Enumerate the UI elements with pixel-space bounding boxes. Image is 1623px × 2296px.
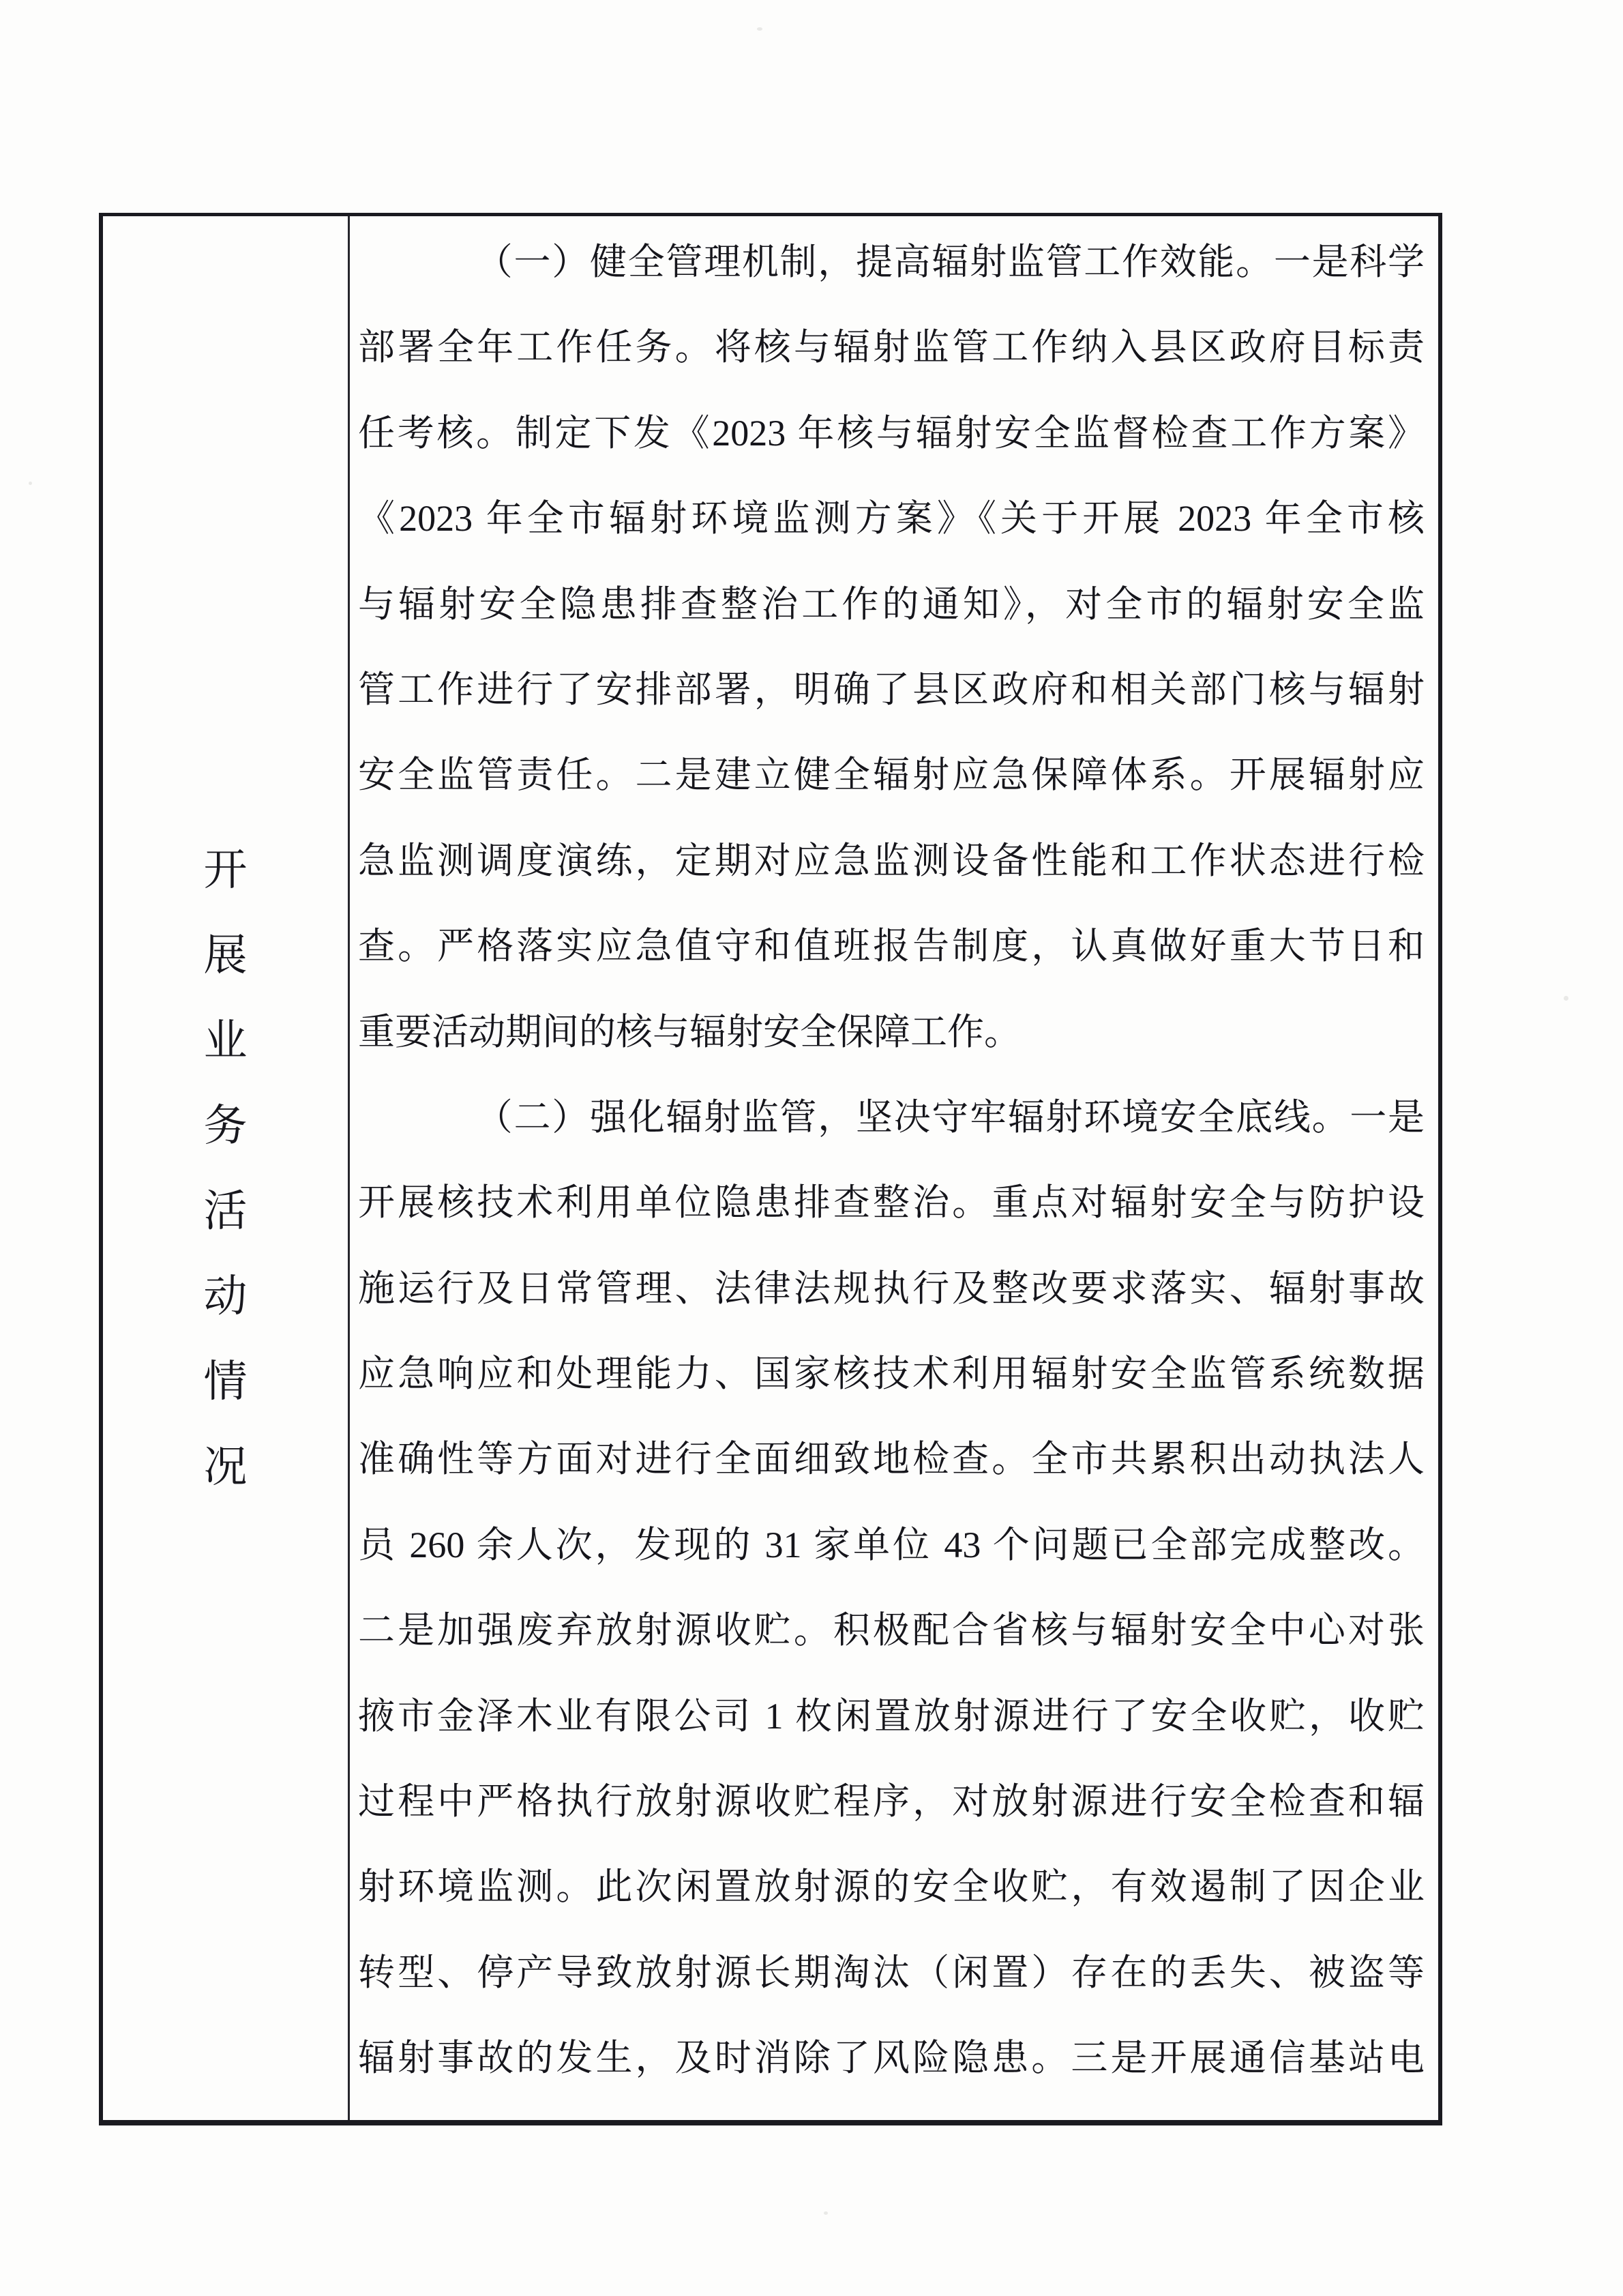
- text-line: 过程中严格执行放射源收贮程序，对放射源进行安全检查和辐: [358, 1759, 1425, 1844]
- text-line: 员 260 余人次，发现的 31 家单位 43 个问题已全部完成整改。: [358, 1503, 1425, 1588]
- row-label-char: 况: [204, 1424, 248, 1510]
- text-line: 施运行及日常管理、法律法规执行及整改要求落实、辐射事故: [358, 1246, 1425, 1331]
- text-line: 辐射事故的发生，及时消除了风险隐患。三是开展通信基站电: [358, 2016, 1425, 2101]
- row-label-char: 业: [204, 998, 248, 1083]
- text-line: 开展核技术利用单位隐患排查整治。重点对辐射安全与防护设: [358, 1160, 1425, 1246]
- row-label-char: 开: [204, 827, 248, 913]
- row-content-cell: （一）健全管理机制，提高辐射监管工作效能。一是科学部署全年工作任务。将核与辐射监…: [350, 216, 1438, 2120]
- row-label-char: 动: [204, 1254, 248, 1339]
- text-line: 准确性等方面对进行全面细致地检查。全市共累积出动执法人: [358, 1417, 1425, 1502]
- text-line: （一）健全管理机制，提高辐射监管工作效能。一是科学: [358, 220, 1425, 305]
- text-line: 掖市金泽木业有限公司 1 枚闲置放射源进行了安全收贮，收贮: [358, 1674, 1425, 1759]
- report-text: （一）健全管理机制，提高辐射监管工作效能。一是科学部署全年工作任务。将核与辐射监…: [358, 220, 1425, 2102]
- text-line: 转型、停产导致放射源长期淘汰（闲置）存在的丢失、被盗等: [358, 1930, 1425, 2016]
- report-table: 开展业务活动情况 （一）健全管理机制，提高辐射监管工作效能。一是科学部署全年工作…: [99, 213, 1442, 2125]
- text-line: 急监测调度演练，定期对应急监测设备性能和工作状态进行检: [358, 819, 1425, 904]
- text-line: 任考核。制定下发《2023 年核与辐射安全监督检查工作方案》: [358, 391, 1425, 476]
- text-line: 二是加强废弃放射源收贮。积极配合省核与辐射安全中心对张: [358, 1588, 1425, 1673]
- scanned-document-page: 开展业务活动情况 （一）健全管理机制，提高辐射监管工作效能。一是科学部署全年工作…: [0, 0, 1623, 2296]
- text-line: 与辐射安全隐患排查整治工作的通知》，对全市的辐射安全监: [358, 562, 1425, 647]
- text-line: 《2023 年全市辐射环境监测方案》《关于开展 2023 年全市核: [358, 476, 1425, 561]
- scan-artifact: [29, 482, 32, 485]
- text-line: 应急响应和处理能力、国家核技术利用辐射安全监管系统数据: [358, 1331, 1425, 1417]
- text-line: 重要活动期间的核与辐射安全保障工作。: [358, 990, 1425, 1075]
- scan-artifact: [757, 27, 762, 31]
- row-label-char: 情: [204, 1339, 248, 1424]
- text-line: 安全监管责任。二是建立健全辐射应急保障体系。开展辐射应: [358, 733, 1425, 818]
- text-line: 射环境监测。此次闲置放射源的安全收贮，有效遏制了因企业: [358, 1844, 1425, 1930]
- scan-artifact: [824, 2211, 828, 2215]
- row-label-char: 活: [204, 1168, 248, 1254]
- text-line: 管工作进行了安排部署，明确了县区政府和相关部门核与辐射: [358, 647, 1425, 733]
- row-label-char: 展: [204, 913, 248, 998]
- text-line: （二）强化辐射监管，坚决守牢辐射环境安全底线。一是: [358, 1075, 1425, 1160]
- text-line: 部署全年工作任务。将核与辐射监管工作纳入县区政府目标责: [358, 305, 1425, 390]
- row-header-cell: 开展业务活动情况: [103, 216, 350, 2120]
- scan-artifact: [1564, 996, 1568, 1001]
- row-label-vertical-text: 开展业务活动情况: [204, 827, 248, 1510]
- text-line: 查。严格落实应急值守和值班报告制度，认真做好重大节日和: [358, 904, 1425, 989]
- row-label-char: 务: [204, 1083, 248, 1168]
